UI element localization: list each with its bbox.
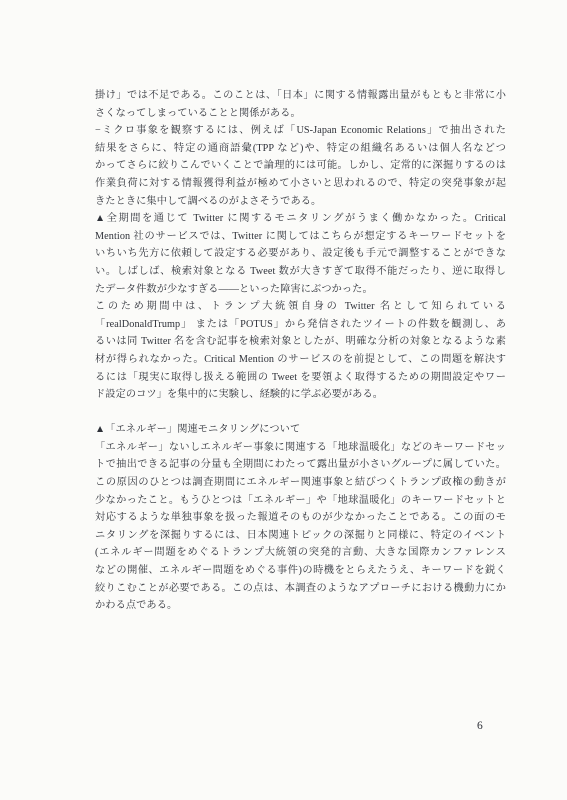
paragraph-micro-events: −ミクロ事象を観察するには、例えば「US-Japan Economic Rela…: [95, 122, 506, 210]
text-line: さくなってしまっていることと関係がある。: [95, 105, 506, 123]
text-line: いちいち先方に依頼して設定する必要があり、設定後も手元で調整することができな: [95, 245, 506, 263]
text-line: い。しばしば、検索対象となる Tweet 数が大きすぎて取得不能だったり、逆に取…: [95, 263, 506, 281]
text-line: Mention 社のサービスでは、Twitter に関してはこちらが想定するキー…: [95, 228, 506, 246]
text-line: 掛け」では不足である。このことは、「日本」に関する情報露出量がもともと非常に小: [95, 87, 506, 105]
text-line: 「realDonaldTrump」 または「POTUS」から発信されたツイートの…: [95, 316, 506, 334]
text-line: この原因のひとつは調査期間にエネルギー関連事象と結びつくトランプ政権の動きが: [95, 474, 506, 492]
text-line: −ミクロ事象を観察するには、例えば「US-Japan Economic Rela…: [95, 122, 506, 140]
paragraph-japan-exposure: 掛け」では不足である。このことは、「日本」に関する情報露出量がもともと非常に小さ…: [95, 87, 506, 122]
text-line: 材が得られなかった。Critical Mention のサービスのを前提として、…: [95, 351, 506, 369]
text-line: ▲全期間を通じて Twitter に関するモニタリングがうまく働かなかった。Cr…: [95, 210, 506, 228]
document-page: 掛け」では不足である。このことは、「日本」に関する情報露出量がもともと非常に小さ…: [0, 0, 567, 800]
paragraph-energy-monitoring: 「エネルギー」ないしエネルギー事象に関連する「地球温暖化」などのキーワードセット…: [95, 439, 506, 615]
page-number: 6: [477, 720, 483, 732]
text-line: 対応するような単独事象を扱った報道そのものが少なかったことである。この面のモ: [95, 509, 506, 527]
text-line: このため期間中は、トランプ大統領自身の Twitter 名として知られている: [95, 298, 506, 316]
text-line: るには「現実に取得し扱える範囲の Tweet を要領よく取得するための期間設定や…: [95, 369, 506, 387]
text-line: かわる点である。: [95, 597, 506, 615]
text-line: たデータ件数が少なすぎる——といった障害にぶつかった。: [95, 281, 506, 299]
text-line: きたときに集中して調べるのがよさそうである。: [95, 193, 506, 211]
text-line: などの開催、エネルギー問題をめぐる事件)の時機をとらえたうえ、キーワードを鋭く: [95, 562, 506, 580]
text-line: 少なかったこと。もうひとつは「エネルギー」や「地球温暖化」のキーワードセットと: [95, 492, 506, 510]
document-text: 掛け」では不足である。このことは、「日本」に関する情報露出量がもともと非常に小さ…: [95, 87, 506, 615]
paragraph-trump-twitter: このため期間中は、トランプ大統領自身の Twitter 名として知られている「r…: [95, 298, 506, 404]
text-line: 結果をさらに、特定の通商語彙(TPP など)や、特定の組織名あるいは個人名などつ: [95, 140, 506, 158]
text-line: るいは同 Twitter 名を含む記事を検索対象としたが、明確な分析の対象となる…: [95, 333, 506, 351]
text-line: ド設定のコツ」を集中的に実験し、経験的に学ぶ必要がある。: [95, 386, 506, 404]
blank-line: [95, 404, 506, 422]
text-line: ▲「エネルギー」関連モニタリングについて: [95, 421, 506, 439]
text-line: (エネルギー問題をめぐるトランプ大統領の突発的言動、大きな国際カンファレンス: [95, 544, 506, 562]
text-line: ニタリングを深掘りするには、日本関連トピックの深掘りと同様に、特定のイベント: [95, 527, 506, 545]
text-line: 「エネルギー」ないしエネルギー事象に関連する「地球温暖化」などのキーワードセッ: [95, 439, 506, 457]
text-line: かってさらに絞りこんでいくことで論理的には可能。しかし、定常的に深掘りするのは: [95, 157, 506, 175]
text-line: トで抽出できる記事の分量も全期間にわたって露出量が小さいグループに属していた。: [95, 456, 506, 474]
text-line: 絞りこむことが必要である。この点は、本調査のようなアプローチにおける機動力にか: [95, 580, 506, 598]
text-line: 作業負荷に対する情報獲得利益が極めて小さいと思われるので、特定の突発事象が起: [95, 175, 506, 193]
paragraph-twitter-monitoring: ▲全期間を通じて Twitter に関するモニタリングがうまく働かなかった。Cr…: [95, 210, 506, 298]
section-heading-energy: ▲「エネルギー」関連モニタリングについて: [95, 421, 506, 439]
